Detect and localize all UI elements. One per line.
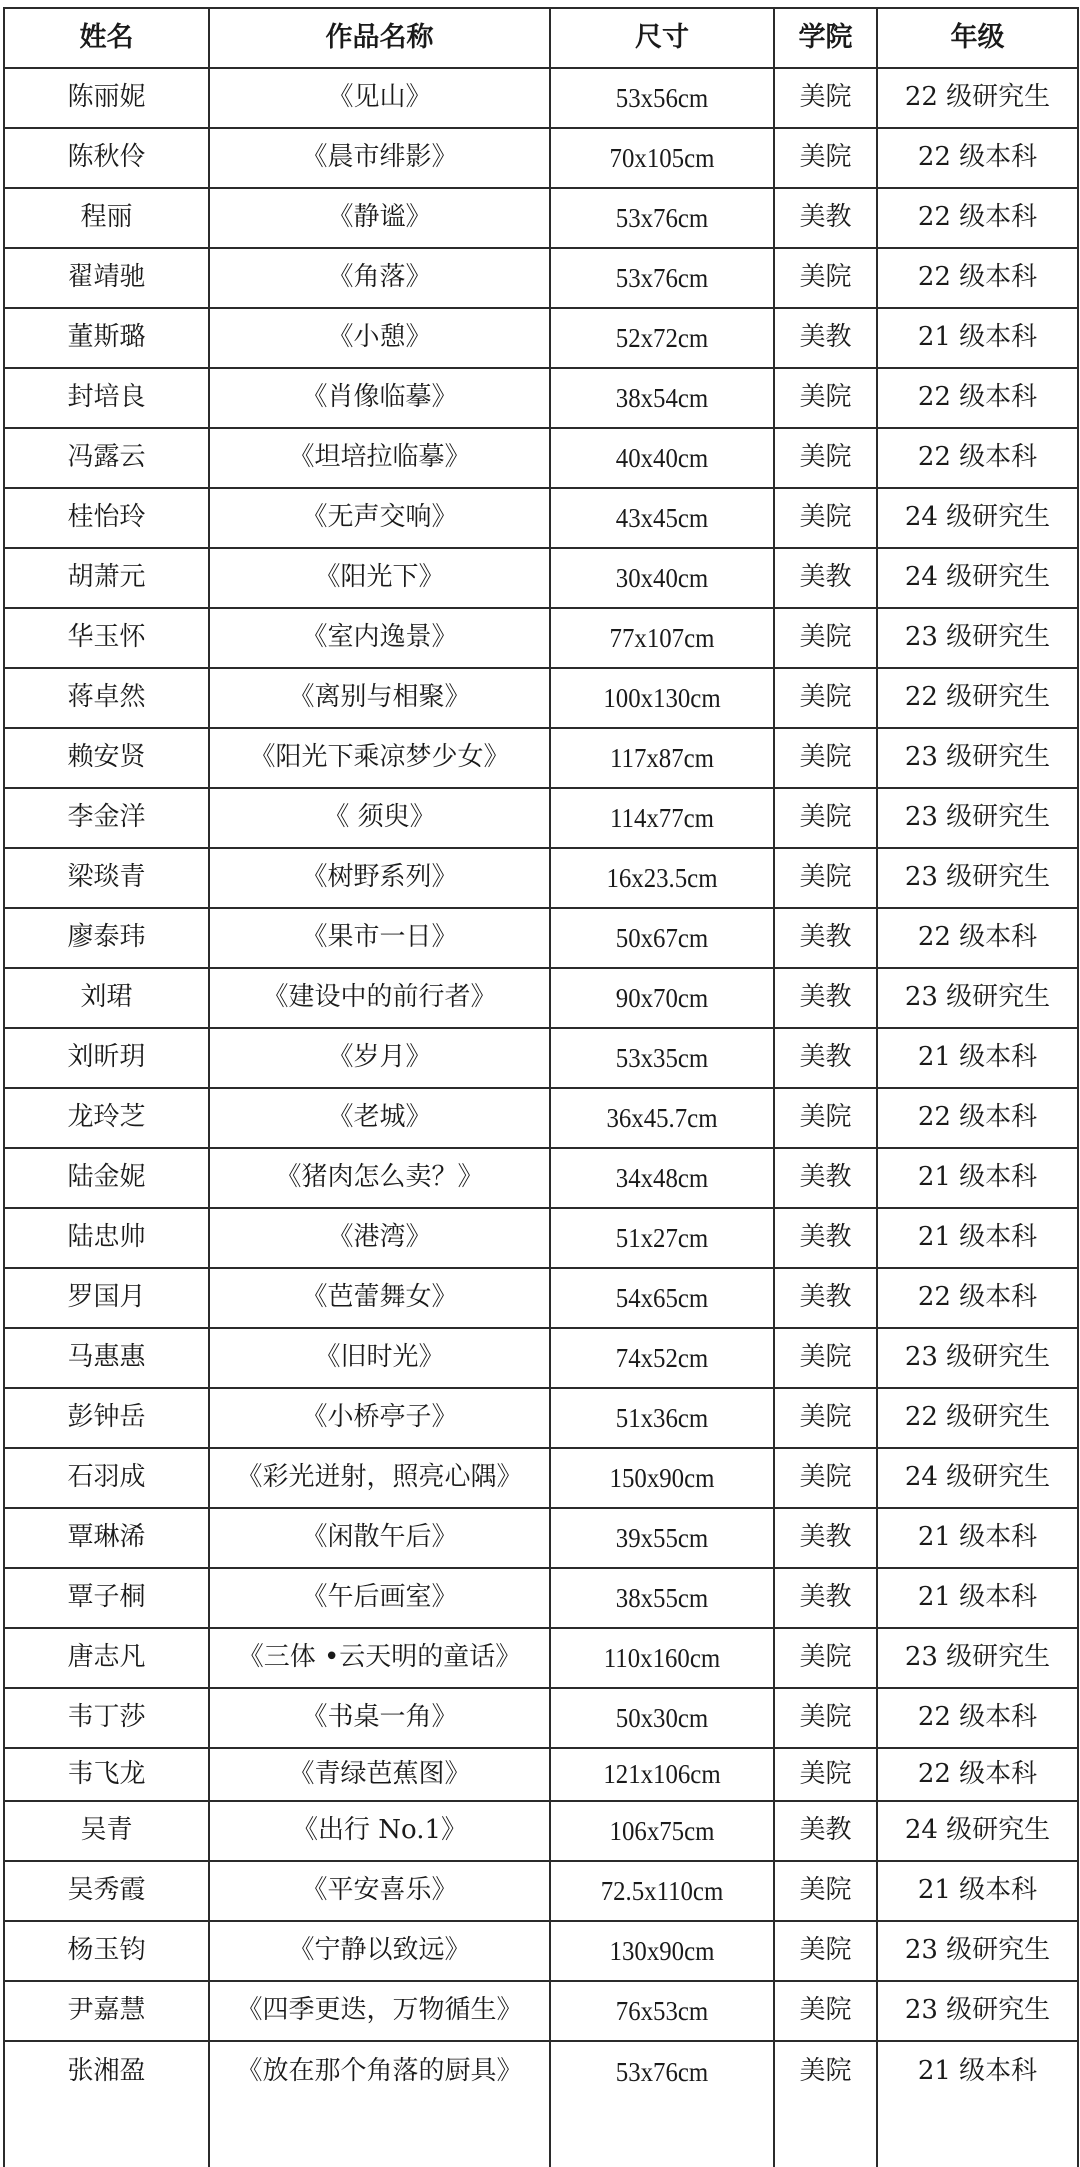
header-name: 姓名 (4, 8, 209, 68)
cell-size: 150x90cm (559, 1448, 765, 1508)
cell-work: 《书桌一角》 (209, 1688, 550, 1748)
table-row: 华玉怀《室内逸景》77x107cm美院23 级研究生 (4, 608, 1078, 668)
cell-school: 美院 (774, 848, 877, 908)
cell-name: 张湘盈 (4, 2041, 209, 2167)
cell-name: 罗国月 (4, 1268, 209, 1328)
cell-grade: 23 级研究生 (877, 848, 1078, 908)
cell-grade: 23 级研究生 (877, 968, 1078, 1028)
table-row: 廖泰玮《果市一日》50x67cm美教22 级本科 (4, 908, 1078, 968)
cell-size: 106x75cm (559, 1801, 765, 1861)
cell-school: 美院 (774, 1388, 877, 1448)
cell-grade: 23 级研究生 (877, 608, 1078, 668)
cell-grade: 22 级研究生 (877, 668, 1078, 728)
cell-school: 美教 (774, 548, 877, 608)
cell-grade: 21 级本科 (877, 1028, 1078, 1088)
cell-work: 《离别与相聚》 (209, 668, 550, 728)
cell-grade: 21 级本科 (877, 308, 1078, 368)
cell-work: 《岁月》 (209, 1028, 550, 1088)
cell-work: 《宁静以致远》 (209, 1921, 550, 1981)
cell-grade: 21 级本科 (877, 1861, 1078, 1921)
cell-work: 《三体 •云天明的童话》 (209, 1628, 550, 1688)
cell-name: 吴秀霞 (4, 1861, 209, 1921)
table-row: 李金洋《 须臾》114x77cm美院23 级研究生 (4, 788, 1078, 848)
cell-school: 美院 (774, 428, 877, 488)
table-row: 吴秀霞《平安喜乐》72.5x110cm美院21 级本科 (4, 1861, 1078, 1921)
cell-size: 34x48cm (559, 1148, 765, 1208)
table-row: 龙玲芝《老城》36x45.7cm美院22 级本科 (4, 1088, 1078, 1148)
cell-name: 刘昕玥 (4, 1028, 209, 1088)
cell-size: 53x56cm (559, 68, 765, 128)
cell-work: 《果市一日》 (209, 908, 550, 968)
cell-work: 《午后画室》 (209, 1568, 550, 1628)
cell-school: 美院 (774, 788, 877, 848)
cell-name: 陈秋伶 (4, 128, 209, 188)
cell-size: 39x55cm (559, 1508, 765, 1568)
table-row: 覃子桐《午后画室》38x55cm美教21 级本科 (4, 1568, 1078, 1628)
cell-size: 53x76cm (559, 188, 765, 248)
cell-name: 桂怡玲 (4, 488, 209, 548)
cell-grade: 22 级本科 (877, 428, 1078, 488)
cell-size: 72.5x110cm (559, 1861, 765, 1921)
table-row: 彭钟岳《小桥亭子》51x36cm美院22 级研究生 (4, 1388, 1078, 1448)
cell-work: 《老城》 (209, 1088, 550, 1148)
cell-name: 翟靖驰 (4, 248, 209, 308)
cell-school: 美院 (774, 2041, 877, 2167)
cell-name: 彭钟岳 (4, 1388, 209, 1448)
cell-work: 《树野系列》 (209, 848, 550, 908)
table-row: 梁琰青《树野系列》16x23.5cm美院23 级研究生 (4, 848, 1078, 908)
cell-work: 《晨市绯影》 (209, 128, 550, 188)
cell-grade: 23 级研究生 (877, 1328, 1078, 1388)
cell-size: 51x27cm (559, 1208, 765, 1268)
cell-name: 蒋卓然 (4, 668, 209, 728)
cell-grade: 22 级本科 (877, 1088, 1078, 1148)
cell-size: 53x76cm (559, 248, 765, 308)
cell-work: 《阳光下乘凉梦少女》 (209, 728, 550, 788)
table-row: 陆金妮《猪肉怎么卖？》34x48cm美教21 级本科 (4, 1148, 1078, 1208)
table-row: 冯露云《坦培拉临摹》40x40cm美院22 级本科 (4, 428, 1078, 488)
table-row: 石羽成《彩光迸射，照亮心隅》150x90cm美院24 级研究生 (4, 1448, 1078, 1508)
cell-grade: 21 级本科 (877, 1508, 1078, 1568)
cell-name: 杨玉钧 (4, 1921, 209, 1981)
cell-school: 美教 (774, 1148, 877, 1208)
cell-work: 《旧时光》 (209, 1328, 550, 1388)
cell-school: 美教 (774, 1801, 877, 1861)
cell-size: 117x87cm (559, 728, 765, 788)
cell-school: 美教 (774, 968, 877, 1028)
table-row: 胡萧元《阳光下》30x40cm美教24 级研究生 (4, 548, 1078, 608)
cell-size: 100x130cm (559, 668, 765, 728)
cell-name: 赖安贤 (4, 728, 209, 788)
cell-school: 美院 (774, 488, 877, 548)
cell-grade: 23 级研究生 (877, 1921, 1078, 1981)
cell-work: 《猪肉怎么卖？》 (209, 1148, 550, 1208)
cell-size: 38x54cm (559, 368, 765, 428)
table-row: 罗国月《芭蕾舞女》54x65cm美教22 级本科 (4, 1268, 1078, 1328)
cell-grade: 22 级本科 (877, 1748, 1078, 1801)
cell-school: 美院 (774, 728, 877, 788)
table-row: 董斯璐《小憩》52x72cm美教21 级本科 (4, 308, 1078, 368)
table-row: 唐志凡《三体 •云天明的童话》110x160cm美院23 级研究生 (4, 1628, 1078, 1688)
cell-size: 38x55cm (559, 1568, 765, 1628)
cell-school: 美院 (774, 1088, 877, 1148)
cell-name: 董斯璐 (4, 308, 209, 368)
table-row: 杨玉钧《宁静以致远》130x90cm美院23 级研究生 (4, 1921, 1078, 1981)
cell-grade: 22 级本科 (877, 188, 1078, 248)
header-size: 尺寸 (550, 8, 774, 68)
cell-name: 覃子桐 (4, 1568, 209, 1628)
cell-grade: 22 级本科 (877, 1268, 1078, 1328)
cell-name: 唐志凡 (4, 1628, 209, 1688)
cell-name: 石羽成 (4, 1448, 209, 1508)
cell-school: 美院 (774, 1628, 877, 1688)
cell-work: 《阳光下》 (209, 548, 550, 608)
cell-name: 陆金妮 (4, 1148, 209, 1208)
cell-grade: 24 级研究生 (877, 1801, 1078, 1861)
cell-size: 50x67cm (559, 908, 765, 968)
cell-size: 130x90cm (559, 1921, 765, 1981)
table-row: 张湘盈《放在那个角落的厨具》53x76cm美院21 级本科 (4, 2041, 1078, 2167)
table-row: 韦丁莎《书桌一角》50x30cm美院22 级本科 (4, 1688, 1078, 1748)
cell-work: 《四季更迭，万物循生》 (209, 1981, 550, 2041)
cell-grade: 22 级本科 (877, 248, 1078, 308)
cell-name: 刘珺 (4, 968, 209, 1028)
table-row: 封培良《肖像临摹》38x54cm美院22 级本科 (4, 368, 1078, 428)
cell-name: 韦丁莎 (4, 1688, 209, 1748)
cell-school: 美院 (774, 1688, 877, 1748)
cell-name: 程丽 (4, 188, 209, 248)
cell-school: 美教 (774, 1268, 877, 1328)
cell-grade: 22 级研究生 (877, 1388, 1078, 1448)
cell-size: 114x77cm (559, 788, 765, 848)
cell-name: 封培良 (4, 368, 209, 428)
table-row: 桂怡玲《无声交响》43x45cm美院24 级研究生 (4, 488, 1078, 548)
cell-school: 美教 (774, 1208, 877, 1268)
cell-grade: 22 级本科 (877, 128, 1078, 188)
cell-grade: 23 级研究生 (877, 788, 1078, 848)
cell-school: 美教 (774, 1028, 877, 1088)
cell-name: 廖泰玮 (4, 908, 209, 968)
cell-work: 《小憩》 (209, 308, 550, 368)
cell-work: 《静谧》 (209, 188, 550, 248)
cell-grade: 21 级本科 (877, 1568, 1078, 1628)
cell-name: 龙玲芝 (4, 1088, 209, 1148)
cell-size: 52x72cm (559, 308, 765, 368)
cell-name: 吴青 (4, 1801, 209, 1861)
cell-name: 马惠惠 (4, 1328, 209, 1388)
cell-work: 《出行 No.1》 (209, 1801, 550, 1861)
table-row: 覃琳浠《闲散午后》39x55cm美教21 级本科 (4, 1508, 1078, 1568)
cell-school: 美教 (774, 1568, 877, 1628)
cell-name: 胡萧元 (4, 548, 209, 608)
cell-size: 121x106cm (559, 1748, 765, 1801)
cell-school: 美院 (774, 1448, 877, 1508)
cell-name: 覃琳浠 (4, 1508, 209, 1568)
cell-size: 51x36cm (559, 1388, 765, 1448)
table-row: 韦飞龙《青绿芭蕉图》121x106cm美院22 级本科 (4, 1748, 1078, 1801)
cell-size: 90x70cm (559, 968, 765, 1028)
cell-name: 陈丽妮 (4, 68, 209, 128)
cell-school: 美院 (774, 608, 877, 668)
table-row: 刘珺《建设中的前行者》90x70cm美教23 级研究生 (4, 968, 1078, 1028)
cell-grade: 21 级本科 (877, 1208, 1078, 1268)
artwork-roster-table: 姓名 作品名称 尺寸 学院 年级 陈丽妮《见山》53x56cm美院22 级研究生… (3, 7, 1079, 2167)
cell-name: 华玉怀 (4, 608, 209, 668)
table-row: 程丽《静谧》53x76cm美教22 级本科 (4, 188, 1078, 248)
table-body: 陈丽妮《见山》53x56cm美院22 级研究生陈秋伶《晨市绯影》70x105cm… (4, 68, 1078, 2167)
header-row: 姓名 作品名称 尺寸 学院 年级 (4, 8, 1078, 68)
cell-size: 74x52cm (559, 1328, 765, 1388)
cell-school: 美院 (774, 368, 877, 428)
cell-grade: 22 级本科 (877, 368, 1078, 428)
table-row: 翟靖驰《角落》53x76cm美院22 级本科 (4, 248, 1078, 308)
cell-work: 《青绿芭蕉图》 (209, 1748, 550, 1801)
cell-work: 《坦培拉临摹》 (209, 428, 550, 488)
cell-work: 《肖像临摹》 (209, 368, 550, 428)
cell-size: 43x45cm (559, 488, 765, 548)
table-row: 陆忠帅《港湾》51x27cm美教21 级本科 (4, 1208, 1078, 1268)
cell-size: 53x35cm (559, 1028, 765, 1088)
table-row: 陈丽妮《见山》53x56cm美院22 级研究生 (4, 68, 1078, 128)
header-work-title: 作品名称 (209, 8, 550, 68)
cell-work: 《港湾》 (209, 1208, 550, 1268)
cell-work: 《彩光迸射，照亮心隅》 (209, 1448, 550, 1508)
cell-school: 美院 (774, 1328, 877, 1388)
header-school: 学院 (774, 8, 877, 68)
table-row: 蒋卓然《离别与相聚》100x130cm美院22 级研究生 (4, 668, 1078, 728)
cell-work: 《小桥亭子》 (209, 1388, 550, 1448)
cell-size: 16x23.5cm (559, 848, 765, 908)
cell-grade: 22 级本科 (877, 1688, 1078, 1748)
cell-school: 美院 (774, 668, 877, 728)
cell-school: 美教 (774, 1508, 877, 1568)
cell-work: 《见山》 (209, 68, 550, 128)
cell-school: 美教 (774, 308, 877, 368)
cell-size: 70x105cm (559, 128, 765, 188)
cell-school: 美院 (774, 1748, 877, 1801)
cell-size: 36x45.7cm (559, 1088, 765, 1148)
cell-work: 《芭蕾舞女》 (209, 1268, 550, 1328)
table-row: 陈秋伶《晨市绯影》70x105cm美院22 级本科 (4, 128, 1078, 188)
cell-size: 77x107cm (559, 608, 765, 668)
cell-grade: 24 级研究生 (877, 1448, 1078, 1508)
cell-school: 美院 (774, 1981, 877, 2041)
table-row: 马惠惠《旧时光》74x52cm美院23 级研究生 (4, 1328, 1078, 1388)
cell-work: 《放在那个角落的厨具》 (209, 2041, 550, 2167)
cell-school: 美教 (774, 188, 877, 248)
table-header: 姓名 作品名称 尺寸 学院 年级 (4, 8, 1078, 68)
cell-size: 54x65cm (559, 1268, 765, 1328)
cell-size: 110x160cm (559, 1628, 765, 1688)
cell-size: 40x40cm (559, 428, 765, 488)
cell-work: 《平安喜乐》 (209, 1861, 550, 1921)
cell-school: 美院 (774, 128, 877, 188)
cell-grade: 23 级研究生 (877, 728, 1078, 788)
cell-work: 《建设中的前行者》 (209, 968, 550, 1028)
cell-size: 30x40cm (559, 548, 765, 608)
cell-name: 陆忠帅 (4, 1208, 209, 1268)
cell-work: 《角落》 (209, 248, 550, 308)
cell-grade: 22 级本科 (877, 908, 1078, 968)
cell-name: 韦飞龙 (4, 1748, 209, 1801)
table-row: 吴青《出行 No.1》106x75cm美教24 级研究生 (4, 1801, 1078, 1861)
cell-name: 梁琰青 (4, 848, 209, 908)
cell-grade: 23 级研究生 (877, 1981, 1078, 2041)
cell-size: 76x53cm (559, 1981, 765, 2041)
cell-grade: 22 级研究生 (877, 68, 1078, 128)
table-row: 赖安贤《阳光下乘凉梦少女》117x87cm美院23 级研究生 (4, 728, 1078, 788)
cell-grade: 21 级本科 (877, 1148, 1078, 1208)
cell-name: 尹嘉慧 (4, 1981, 209, 2041)
cell-work: 《无声交响》 (209, 488, 550, 548)
cell-work: 《室内逸景》 (209, 608, 550, 668)
header-grade: 年级 (877, 8, 1078, 68)
cell-name: 李金洋 (4, 788, 209, 848)
cell-work: 《 须臾》 (209, 788, 550, 848)
table-row: 尹嘉慧《四季更迭，万物循生》76x53cm美院23 级研究生 (4, 1981, 1078, 2041)
cell-grade: 24 级研究生 (877, 488, 1078, 548)
cell-school: 美院 (774, 1861, 877, 1921)
cell-school: 美院 (774, 1921, 877, 1981)
cell-school: 美教 (774, 908, 877, 968)
cell-school: 美院 (774, 248, 877, 308)
cell-grade: 21 级本科 (877, 2041, 1078, 2167)
cell-work: 《闲散午后》 (209, 1508, 550, 1568)
cell-grade: 24 级研究生 (877, 548, 1078, 608)
cell-school: 美院 (774, 68, 877, 128)
cell-size: 53x76cm (559, 2041, 765, 2167)
table-row: 刘昕玥《岁月》53x35cm美教21 级本科 (4, 1028, 1078, 1088)
cell-name: 冯露云 (4, 428, 209, 488)
cell-size: 50x30cm (559, 1688, 765, 1748)
cell-grade: 23 级研究生 (877, 1628, 1078, 1688)
